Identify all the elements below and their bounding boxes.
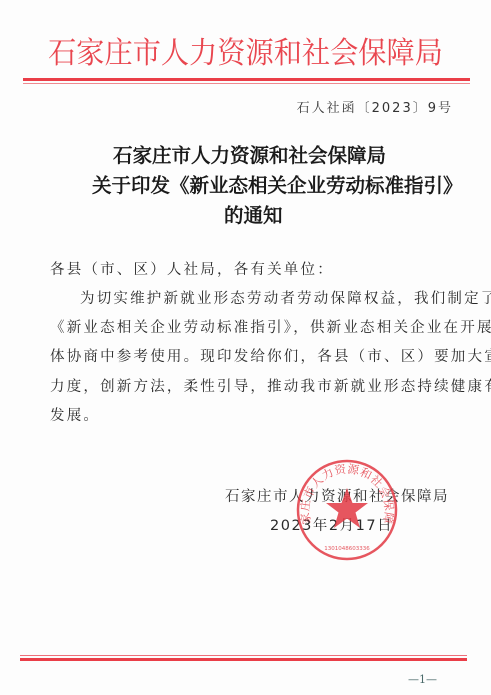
official-seal-icon: 石家庄市人力资源和社会保障局 1301048603336 [295, 458, 399, 562]
page-number: —1— [408, 673, 437, 686]
document-title-line-3: 的通知 [224, 200, 283, 228]
letterhead-divider-thin [23, 83, 470, 84]
body-line: 《新业态相关企业劳动标准指引》，供新业态相关企业在开展集 [50, 316, 491, 337]
body-line: 力度，创新方法，柔性引导，推动我市新就业形态持续健康有序 [50, 375, 491, 396]
salutation: 各县（市、区）人社局，各有关单位： [50, 258, 334, 279]
letterhead-org-name: 石家庄市人力资源和社会保障局 [15, 28, 477, 72]
body-line: 发展。 [50, 404, 100, 425]
document-title-line-2: 关于印发《新业态相关企业劳动标准指引》 [92, 170, 463, 198]
body-line: 为切实维护新就业形态劳动者劳动保障权益，我们制定了 [80, 287, 491, 308]
svg-text:1301048603336: 1301048603336 [324, 546, 370, 552]
document-title-line-1: 石家庄市人力资源和社会保障局 [113, 140, 386, 168]
document-number: 石人社函〔2023〕9号 [297, 97, 453, 116]
body-line: 体协商中参考使用。现印发给你们，各县（市、区）要加大宣传 [50, 345, 491, 366]
footer-divider [20, 658, 467, 661]
footer-divider-thin [20, 655, 467, 656]
letterhead-divider [23, 78, 470, 81]
